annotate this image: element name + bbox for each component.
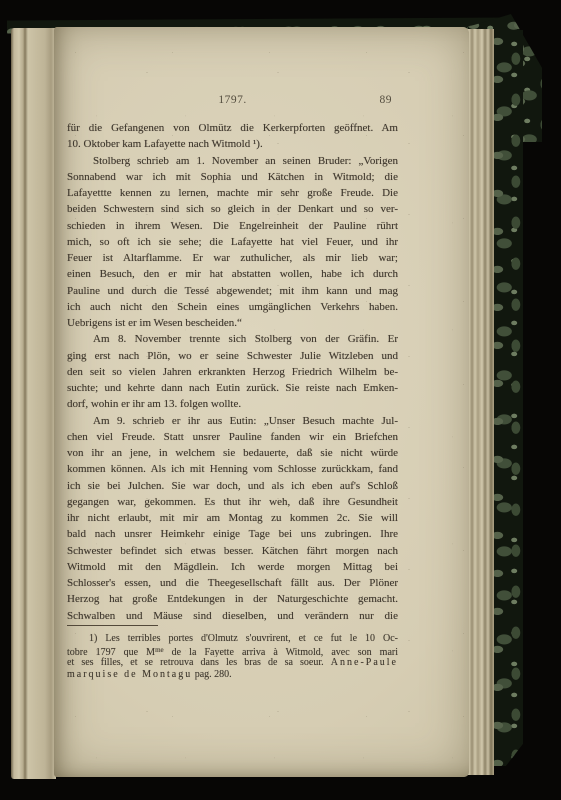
text-line: von ihr an jene, in welchem sie bedauert… <box>67 445 398 461</box>
footnote-line: 1) Les terribles portes d'Olmutz s'ouvri… <box>67 633 398 645</box>
page-stack-right <box>466 29 494 775</box>
book-cover-marbled-edge <box>492 30 523 766</box>
text-line: Sonnabend war ich mit Sophia und Kätchen… <box>67 169 398 185</box>
text-line: Schwester befindet sich etwas besser. Kä… <box>67 543 398 559</box>
book-page: 1797. 89 für die Gefangenen von Olmütz d… <box>54 27 469 777</box>
footnote-rule <box>67 625 158 626</box>
footnote-line: marquise de Montagu pag. 280. <box>67 669 398 681</box>
footnote: 1) Les terribles portes d'Olmutz s'ouvri… <box>67 633 398 681</box>
text-line: Schwalben und Mäuse sind dieselben, und … <box>67 608 398 624</box>
footnote-line: tobre 1797 que Mme de la Fayette arriva … <box>67 645 398 657</box>
page-header: 1797. 89 <box>67 94 398 109</box>
text-line: chen viel Freude. Statt unsrer Pauline f… <box>67 429 398 445</box>
text-line: ging erst nach Plön, wo er seine Schwest… <box>67 348 398 364</box>
text-line: mich, so oft ich sie sehe; die Lafayette… <box>67 234 398 250</box>
text-line: Pauline und durch die Tessé abgewendet; … <box>67 283 398 299</box>
text-line: dorf, wohin er ihr am 13. folgen wollte. <box>67 396 398 412</box>
text-line: 10. Oktober kam Lafayette nach Witmold ¹… <box>67 136 398 152</box>
header-page-number: 89 <box>380 94 393 106</box>
text-line: beiden Schwestern sind sich so gleich in… <box>67 201 398 217</box>
text-line: Schlosser's essen, und die Theegesellsch… <box>67 575 398 591</box>
book-photo: 1797. 89 für die Gefangenen von Olmütz d… <box>0 0 561 800</box>
text-line: Feuer ist Altarflamme. Er war zuthuliche… <box>67 250 398 266</box>
text-line: Herzog hat große Entdekungen in der Natu… <box>67 591 398 607</box>
text-line: gegangen war, gekommen. Es thut ihr weh,… <box>67 494 398 510</box>
footnote-line: et ses filles, et se retrouva dans les b… <box>67 657 398 669</box>
page-stack-left <box>11 28 56 779</box>
text-line: Uebrigens ist er im Wesen bescheiden.“ <box>67 315 398 331</box>
text-line: ihr nicht erlaubt, mit mir am Montag zu … <box>67 510 398 526</box>
text-line: den seit so vielen Jahren erkrankten Her… <box>67 364 398 380</box>
text-line: schieden in ihrem Wesen. Die Engelreinhe… <box>67 218 398 234</box>
text-line: einen Besuch, den er mir hat abstatten w… <box>67 266 398 282</box>
text-line: suchte; und kehrte dann nach Eutin zurüc… <box>67 380 398 396</box>
text-line: ich auch nicht den Schein eines umgängli… <box>67 299 398 315</box>
header-year: 1797. <box>218 94 246 106</box>
text-line: bald nach unsrer Heimkehr einige Tage be… <box>67 526 398 542</box>
text-line: für die Gefangenen von Olmütz die Kerker… <box>67 120 398 136</box>
text-line: Witmold mit den Mägdlein. Ich werde morg… <box>67 559 398 575</box>
text-line: Stolberg schrieb am 1. November an seine… <box>67 153 398 169</box>
text-line: Am 9. schrieb er ihr aus Eutin: „Unser B… <box>67 413 398 429</box>
text-line: kommen können. Als ich mit Henning vom S… <box>67 461 398 477</box>
text-line: Am 8. November trennte sich Stolberg von… <box>67 331 398 347</box>
text-line: ich sie bei Julchen. Sie war doch, und a… <box>67 478 398 494</box>
text-line: Lafayettte kennen zu lernen, machte mir … <box>67 185 398 201</box>
body-text: für die Gefangenen von Olmütz die Kerker… <box>67 120 398 624</box>
